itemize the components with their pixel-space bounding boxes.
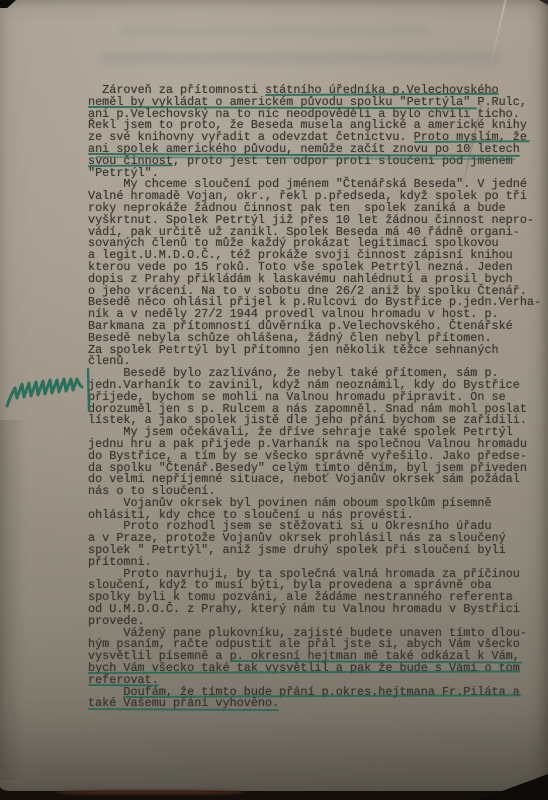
paragraph: Besedě bylo zazlíváno, že nebyl také pří… bbox=[88, 368, 548, 427]
paragraph: Zároveň za přítomnosti státního úředníka… bbox=[88, 85, 548, 179]
paragraph: Vážený pane plukovníku, zajisté budete u… bbox=[88, 628, 548, 687]
paragraph: My jsem očekávali, že dříve sehraje také… bbox=[88, 427, 548, 498]
scanned-letter-page: Zároveň za přítomnosti státního úředníka… bbox=[0, 0, 548, 800]
paragraph: Doufám, že tímto bude přání p.okres.hejt… bbox=[88, 687, 548, 711]
paper-sheet: Zároveň za přítomnosti státního úředníka… bbox=[0, 0, 548, 791]
paragraph: Proto navrhuji, by ta společná valná hro… bbox=[88, 569, 548, 628]
letter-body: Zároveň za přítomnosti státního úředníka… bbox=[88, 85, 548, 710]
edge-shadow bbox=[0, 420, 26, 780]
bleedthrough-smudge bbox=[120, 26, 430, 36]
paragraph: My chceme sloučení pod jménem "Čtenářská… bbox=[88, 179, 548, 368]
handwritten-scribble-annotation bbox=[4, 366, 96, 416]
bleedthrough-smudge bbox=[100, 52, 500, 64]
paragraph: Vojanův okrsek byl povinen nám oboum spo… bbox=[88, 498, 548, 522]
paragraph: Proto rozhodl jsem se stěžovati si u Okr… bbox=[88, 521, 548, 568]
scan-edge-sliver bbox=[55, 790, 245, 795]
